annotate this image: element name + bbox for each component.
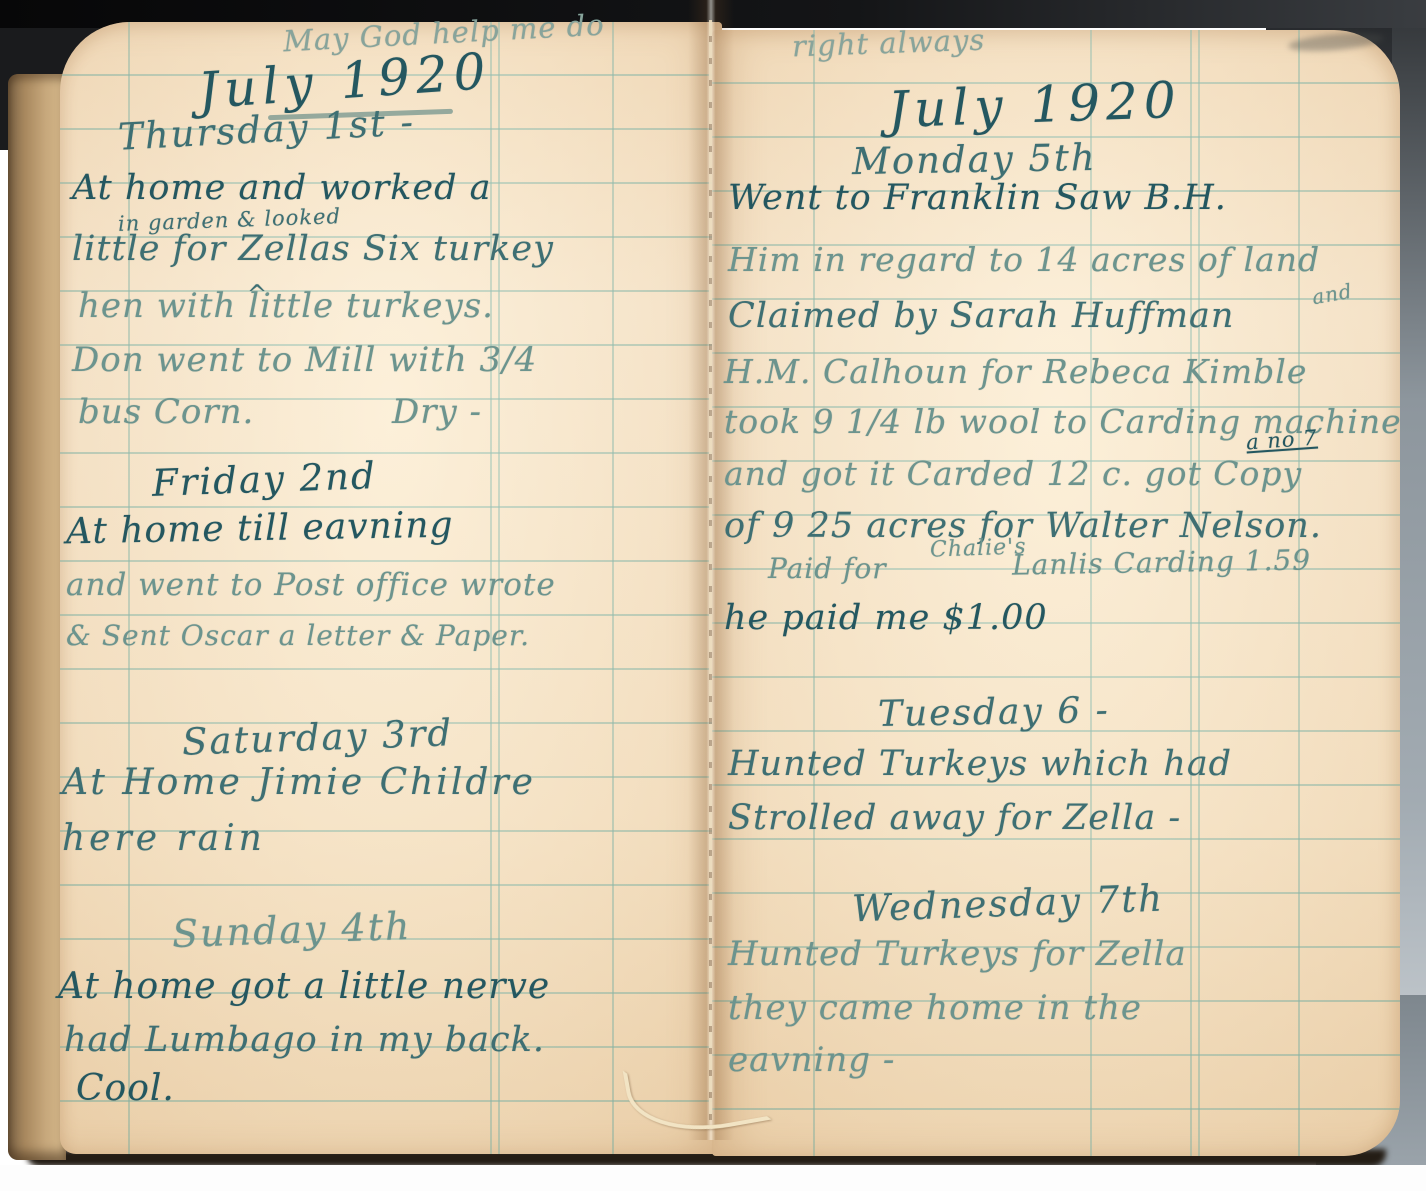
diary-line: Lanlis Carding 1.59 [1012,543,1312,581]
diary-line: they came home in the [728,988,1142,1028]
month-heading-right: July 1920 [887,71,1182,139]
entry-day-heading: Tuesday 6 - [878,690,1110,735]
diary-line: & Sent Oscar a letter & Paper. [66,619,530,652]
background-bottom-strip [0,1165,1426,1191]
diary-line: here rain [62,818,266,859]
diary-line: had Lumbago in my back. [64,1020,545,1060]
diary-line: eavning - [728,1040,895,1080]
diary-line: At home and worked a [72,168,492,208]
diary-line: Cool. [76,1068,175,1109]
diary-line: Don went to Mill with 3/4 [72,340,537,380]
diary-line: At Home Jimie Childre [62,762,536,803]
diary-line: bus Corn. [78,392,254,432]
diary-line: Strolled away for Zella - [728,798,1181,838]
weather-note: Dry - [392,392,482,432]
inline-insertion: a no 7 [1245,426,1318,455]
entry-day-heading: Sunday 4th [171,904,412,956]
binding-stitch-seam [709,20,712,1120]
diary-line: Paid for [768,552,887,585]
flyleaf-motto-right: right always [791,23,985,64]
diary-line: Hunted Turkeys for Zella [728,934,1187,974]
diary-line: Went to Franklin Saw B.H. [728,178,1227,218]
entry-day-heading: Friday 2nd [151,454,377,505]
diary-line: H.M. Calhoun for Rebeca Kimble [724,352,1307,391]
diary-line: Claimed by Sarah Huffman [728,296,1234,336]
vertical-rule [612,22,614,1154]
diary-photo: May God help me do July 1920 Thursday 1s… [0,0,1426,1191]
diary-line: and got it Carded 12 c. got Copy [724,454,1302,493]
diary-line: little for Zellas Six turkey [72,229,554,269]
diary-line: Hunted Turkeys which had [728,744,1232,784]
diary-line: and went to Post office wrote [66,567,556,603]
diary-line: At home got a little nerve [58,966,550,1007]
entry-day-heading: Monday 5th [852,136,1097,183]
diary-line: hen with little turkeys. [78,286,494,326]
diary-line: Him in regard to 14 acres of land [728,240,1320,279]
diary-line: At home till eavning [66,505,454,553]
diary-line: he paid me $1.00 [724,598,1048,638]
vertical-rule [1298,30,1300,1156]
